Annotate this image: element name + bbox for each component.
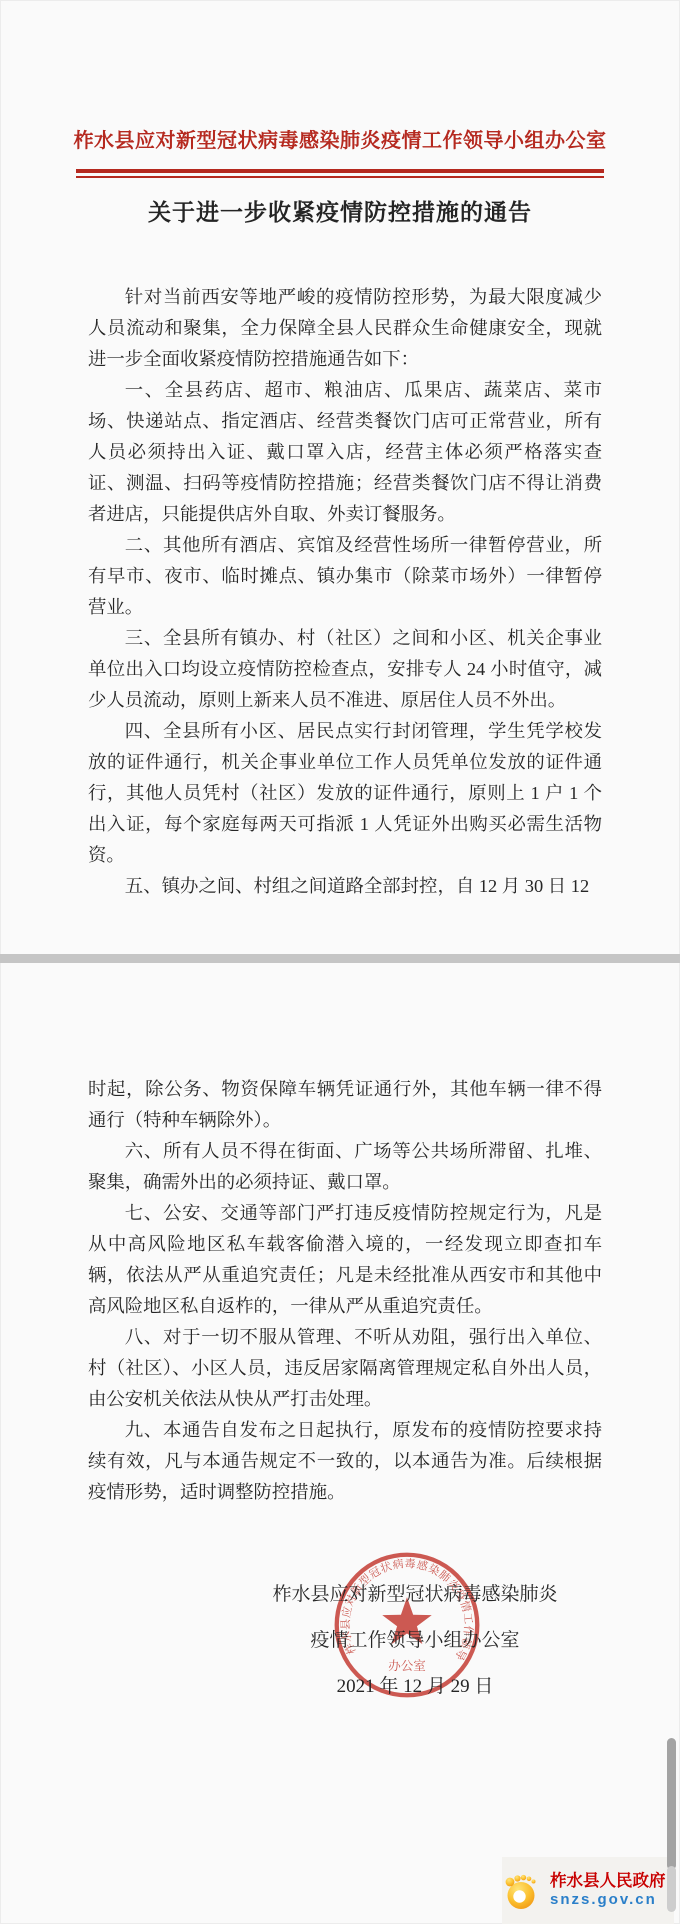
- signature-org-line2: 疫情工作领导小组办公室: [215, 1618, 615, 1664]
- notice-title: 关于进一步收紧疫情防控措施的通告: [0, 194, 680, 227]
- paragraph-item-6: 六、所有人员不得在街面、广场等公共场所滞留、扎堆、聚集，确需外出的必须持证、戴口…: [88, 1136, 602, 1198]
- paragraph-item-4: 四、全县所有小区、居民点实行封闭管理，学生凭学校发放的证件通行，机关企事业单位工…: [88, 716, 602, 871]
- paragraph-item-2: 二、其他所有酒店、宾馆及经营性场所一律暂停营业，所有早市、夜市、临时摊点、镇办集…: [88, 530, 602, 623]
- paragraph-item-5-start: 五、镇办之间、村组之间道路全部封控，自 12 月 30 日 12: [88, 871, 602, 902]
- rule-thick-line: [76, 169, 604, 173]
- rule-thin-line: [76, 176, 604, 178]
- signature-block: 柞水县应对新型冠状病毒感染肺炎 疫情工作领导小组办公室 2021 年 12 月 …: [215, 1572, 615, 1710]
- paragraph-item-5-continued: 时起，除公务、物资保障车辆凭证通行外，其他车辆一律不得通行（特种车辆除外）。: [88, 1074, 602, 1136]
- paragraph-item-1: 一、全县药店、超市、粮油店、瓜果店、蔬菜店、菜市场、快递站点、指定酒店、经营类餐…: [88, 375, 602, 530]
- scrollbar-track[interactable]: [667, 1738, 676, 1918]
- gov-site-name: 柞水县人民政府: [550, 1871, 666, 1892]
- page-break-divider: [0, 954, 680, 963]
- notice-body-page1: 针对当前西安等地严峻的疫情防控形势，为最大限度减少人员流动和聚集，全力保障全县人…: [88, 282, 602, 902]
- paragraph-item-8: 八、对于一切不服从管理、不听从劝阻，强行出入单位、村（社区）、小区人员，违反居家…: [88, 1322, 602, 1415]
- notice-body-page2: 时起，除公务、物资保障车辆凭证通行外，其他车辆一律不得通行（特种车辆除外）。 六…: [88, 1074, 602, 1508]
- footprint-logo-icon: [502, 1871, 542, 1911]
- paragraph-intro: 针对当前西安等地严峻的疫情防控形势，为最大限度减少人员流动和聚集，全力保障全县人…: [88, 282, 602, 375]
- gov-site-url: snzs.gov.cn: [550, 1891, 666, 1910]
- letterhead-issuer-title: 柞水县应对新型冠状病毒感染肺炎疫情工作领导小组办公室: [0, 124, 680, 153]
- paragraph-item-9: 九、本通告自发布之日起执行，原发布的疫情防控要求持续有效，凡与本通告规定不一致的…: [88, 1415, 602, 1508]
- scrollbar-thumb[interactable]: [667, 1738, 676, 1870]
- notice-page: { "document": { "issuer_header": "柞水县应对新…: [0, 0, 680, 1924]
- paragraph-item-7: 七、公安、交通等部门严打违反疫情防控规定行为，凡是从中高风险地区私车载客偷潜入境…: [88, 1198, 602, 1322]
- gov-site-badge: 柞水县人民政府 snzs.gov.cn: [502, 1857, 674, 1924]
- signature-date: 2021 年 12 月 29 日: [215, 1664, 615, 1710]
- signature-org-line1: 柞水县应对新型冠状病毒感染肺炎: [215, 1572, 615, 1618]
- paragraph-item-3: 三、全县所有镇办、村（社区）之间和小区、机关企事业单位出入口均设立疫情防控检查点…: [88, 623, 602, 716]
- scrollbar-tail: [667, 1866, 676, 1912]
- letterhead-double-rule: [76, 169, 604, 178]
